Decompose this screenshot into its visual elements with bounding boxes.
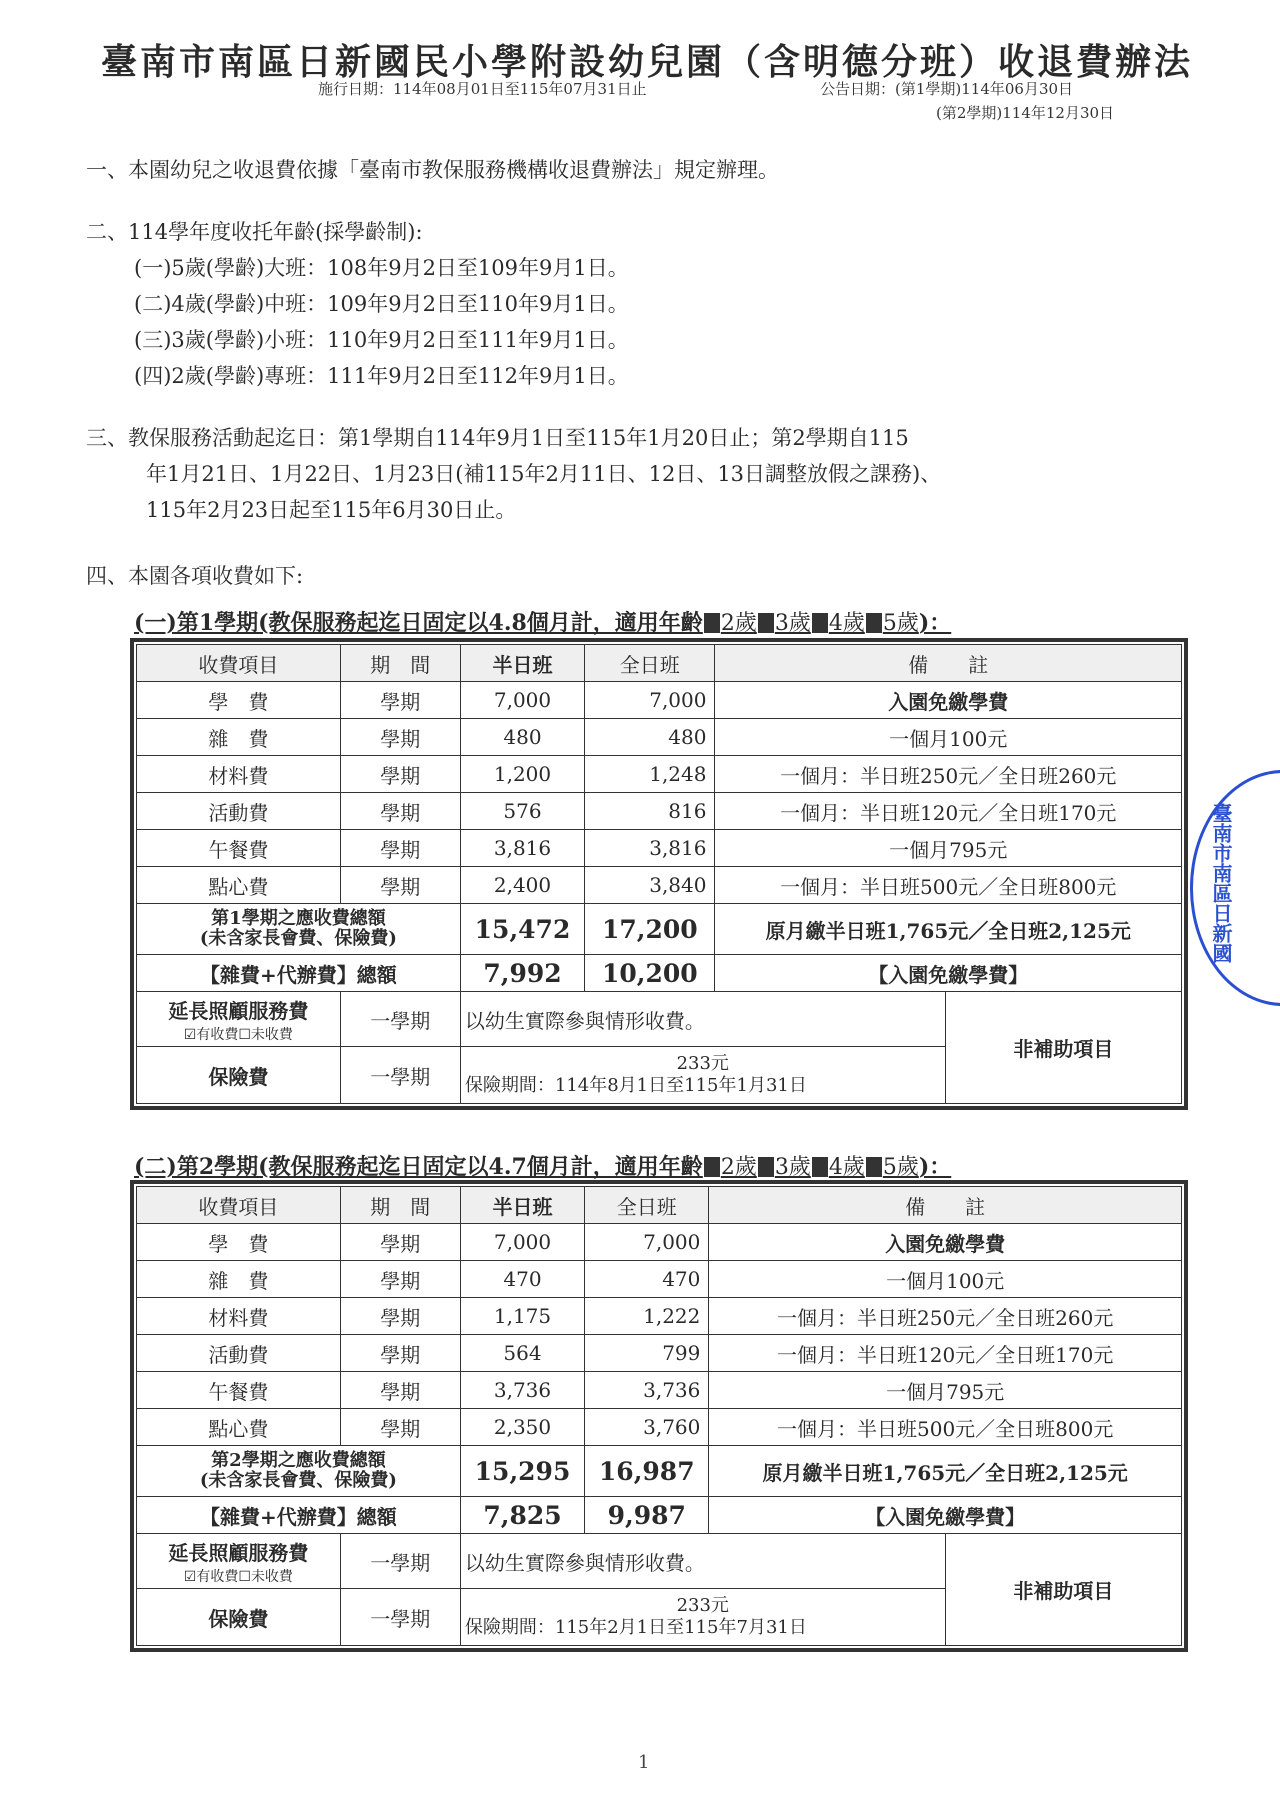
fee-period: 學期 (340, 1298, 460, 1335)
col-header: 期 間 (340, 1187, 460, 1224)
table-row: 午餐費 學期 3,736 3,736 一個月795元 (137, 1372, 1182, 1409)
total-half-day: 15,472 (460, 904, 584, 955)
fee-period: 學期 (340, 1372, 460, 1409)
total-full-day: 16,987 (585, 1446, 709, 1497)
half-day-fee: 564 (460, 1335, 584, 1372)
term1-heading-end: )： (919, 610, 951, 636)
half-day-fee: 1,200 (460, 756, 584, 793)
extended-care-title: 延長照顧服務費 (168, 999, 308, 1023)
full-day-fee: 7,000 (585, 682, 715, 719)
term1-heading: (一)第1學期(教保服務起迄日固定以4.8個月計，適用年齡2歲3歲4歲5歲)： (134, 606, 951, 637)
table-row: 材料費 學期 1,175 1,222 一個月：半日班250元／全日班260元 (137, 1298, 1182, 1335)
fee-item: 雜 費 (137, 1261, 341, 1298)
misc-total-half-day: 7,825 (460, 1497, 584, 1534)
non-subsidy-label: 非補助項目 (945, 1534, 1181, 1646)
term2-heading-text: (二)第2學期(教保服務起迄日固定以4.7個月計，適用年齡 (134, 1154, 703, 1180)
fee-period: 學期 (340, 1335, 460, 1372)
extended-care-period: 一學期 (340, 992, 460, 1047)
section-three-line: 三、教保服務活動起迄日：第1學期自114年9月1日至115年1月20日止；第2學… (86, 420, 1206, 456)
insurance-amount: 233元 (461, 1595, 945, 1617)
insurance-period: 一學期 (340, 1047, 460, 1104)
extended-care-label: 延長照顧服務費 ☑有收費☐未收費 (137, 992, 341, 1047)
section-four: 四、本園各項收費如下: (86, 558, 303, 594)
age-label: 3歲 (775, 1155, 811, 1180)
fee-note: 入園免繳學費 (715, 682, 1182, 719)
total-row: 第2學期之應收費總額 (未含家長會費、保險費) 15,295 16,987 原月… (137, 1446, 1182, 1497)
full-day-fee: 470 (585, 1261, 709, 1298)
half-day-fee: 7,000 (460, 1224, 584, 1261)
col-header: 半日班 (460, 645, 584, 682)
misc-total-label: 【雜費+代辦費】總額 (137, 1497, 461, 1534)
fee-note: 一個月：半日班250元／全日班260元 (709, 1298, 1182, 1335)
col-header: 收費項目 (137, 645, 341, 682)
table-row: 點心費 學期 2,350 3,760 一個月：半日班500元／全日班800元 (137, 1409, 1182, 1446)
misc-total-note: 【入園免繳學費】 (715, 955, 1182, 992)
age-item: (二)4歲(學齡)中班：109年9月2日至110年9月1日。 (134, 286, 629, 322)
fee-note: 一個月：半日班500元／全日班800元 (709, 1409, 1182, 1446)
term1-heading-text: (一)第1學期(教保服務起迄日固定以4.8個月計，適用年齡 (134, 610, 703, 636)
extended-care-note: 以幼生實際參與情形收費。 (460, 1534, 945, 1589)
fee-note: 一個月100元 (715, 719, 1182, 756)
age-label: 3歲 (775, 611, 811, 636)
announce-date-term2: (第2學期)114年12月30日 (936, 102, 1114, 123)
fee-period: 學期 (340, 719, 460, 756)
misc-total-half-day: 7,992 (460, 955, 584, 992)
fee-item: 學 費 (137, 682, 341, 719)
total-half-day: 15,295 (460, 1446, 584, 1497)
age-item: (四)2歲(學齡)專班：111年9月2日至112年9月1日。 (134, 358, 629, 394)
fee-item: 點心費 (137, 1409, 341, 1446)
fee-note: 一個月：半日班500元／全日班800元 (715, 867, 1182, 904)
extended-care-row: 延長照顧服務費 ☑有收費☐未收費 一學期 以幼生實際參與情形收費。 非補助項目 (137, 1534, 1182, 1589)
extended-care-period: 一學期 (340, 1534, 460, 1589)
half-day-fee: 1,175 (460, 1298, 584, 1335)
misc-total-row: 【雜費+代辦費】總額 7,825 9,987 【入園免繳學費】 (137, 1497, 1182, 1534)
official-seal-stamp: 臺南市南區日新國 (1190, 770, 1280, 1006)
age-label: 2歲 (721, 1155, 757, 1180)
redacted-box (866, 1157, 882, 1177)
table-row: 雜 費 學期 480 480 一個月100元 (137, 719, 1182, 756)
age-label: 5歲 (883, 611, 919, 636)
table-row: 學 費 學期 7,000 7,000 入園免繳學費 (137, 682, 1182, 719)
full-day-fee: 799 (585, 1335, 709, 1372)
extended-care-title: 延長照顧服務費 (168, 1541, 308, 1565)
col-header: 全日班 (585, 645, 715, 682)
fee-note: 一個月：半日班120元／全日班170元 (709, 1335, 1182, 1372)
full-day-fee: 3,816 (585, 830, 715, 867)
fee-item: 材料費 (137, 756, 341, 793)
section-three-line: 年1月21日、1月22日、1月23日(補115年2月11日、12日、13日調整放… (146, 456, 1206, 492)
insurance-detail: 233元 保險期間：115年2月1日至115年7月31日 (460, 1589, 945, 1646)
fee-period: 學期 (340, 756, 460, 793)
table-row: 雜 費 學期 470 470 一個月100元 (137, 1261, 1182, 1298)
total-full-day: 17,200 (585, 904, 715, 955)
misc-total-label: 【雜費+代辦費】總額 (137, 955, 461, 992)
term2-heading-end: )： (919, 1154, 951, 1180)
table-row: 活動費 學期 564 799 一個月：半日班120元／全日班170元 (137, 1335, 1182, 1372)
fee-note: 一個月795元 (715, 830, 1182, 867)
half-day-fee: 2,400 (460, 867, 584, 904)
col-header: 全日班 (585, 1187, 709, 1224)
redacted-box (758, 1157, 774, 1177)
fee-item: 雜 費 (137, 719, 341, 756)
misc-total-note: 【入園免繳學費】 (709, 1497, 1182, 1534)
age-label: 4歲 (829, 611, 865, 636)
half-day-fee: 480 (460, 719, 584, 756)
section-two: 二、114學年度收托年齡(採學齡制): (一)5歲(學齡)大班：108年9月2日… (86, 214, 629, 394)
fee-note: 一個月：半日班120元／全日班170元 (715, 793, 1182, 830)
fee-item: 活動費 (137, 1335, 341, 1372)
seal-text: 臺南市南區日新國 (1207, 803, 1236, 963)
announce-date-term1: 公告日期：(第1學期)114年06月30日 (820, 78, 1073, 99)
effective-date: 施行日期：114年08月01日至115年07月31日止 (318, 78, 647, 99)
age-label: 2歲 (721, 611, 757, 636)
misc-total-row: 【雜費+代辦費】總額 7,992 10,200 【入園免繳學費】 (137, 955, 1182, 992)
section-three-line: 115年2月23日起至115年6月30日止。 (146, 492, 1206, 528)
age-item: (三)3歲(學齡)小班：110年9月2日至111年9月1日。 (134, 322, 629, 358)
section-three: 三、教保服務活動起迄日：第1學期自114年9月1日至115年1月20日止；第2學… (86, 420, 1206, 528)
total-label-line1: 第1學期之應收費總額 (211, 908, 386, 929)
insurance-period: 一學期 (340, 1589, 460, 1646)
col-header: 半日班 (460, 1187, 584, 1224)
half-day-fee: 576 (460, 793, 584, 830)
fee-note: 一個月100元 (709, 1261, 1182, 1298)
misc-total-full-day: 9,987 (585, 1497, 709, 1534)
extended-care-label: 延長照顧服務費 ☑有收費☐未收費 (137, 1534, 341, 1589)
fee-period: 學期 (340, 1409, 460, 1446)
table-header-row: 收費項目 期 間 半日班 全日班 備 註 (137, 1187, 1182, 1224)
fee-period: 學期 (340, 1224, 460, 1261)
fee-item: 學 費 (137, 1224, 341, 1261)
redacted-box (866, 613, 882, 633)
extended-care-row: 延長照顧服務費 ☑有收費☐未收費 一學期 以幼生實際參與情形收費。 非補助項目 (137, 992, 1182, 1047)
term2-fee-table: 收費項目 期 間 半日班 全日班 備 註 學 費 學期 7,000 7,000 … (130, 1180, 1188, 1652)
age-label: 5歲 (883, 1155, 919, 1180)
table-row: 點心費 學期 2,400 3,840 一個月：半日班500元／全日班800元 (137, 867, 1182, 904)
document-page: 臺南市南區日新國民小學附設幼兒園（含明德分班）收退費辦法 施行日期：114年08… (0, 0, 1280, 1810)
checkbox-not-charged: ☐未收費 (238, 1027, 293, 1043)
fee-period: 學期 (340, 682, 460, 719)
total-note: 原月繳半日班1,765元／全日班2,125元 (715, 904, 1182, 955)
fee-item: 午餐費 (137, 830, 341, 867)
half-day-fee: 7,000 (460, 682, 584, 719)
insurance-detail: 233元 保險期間：114年8月1日至115年1月31日 (460, 1047, 945, 1104)
term2-heading: (二)第2學期(教保服務起迄日固定以4.7個月計，適用年齡2歲3歲4歲5歲)： (134, 1150, 951, 1181)
half-day-fee: 470 (460, 1261, 584, 1298)
table-row: 學 費 學期 7,000 7,000 入園免繳學費 (137, 1224, 1182, 1261)
age-label: 4歲 (829, 1155, 865, 1180)
insurance-range: 保險期間：115年2月1日至115年7月31日 (461, 1617, 945, 1639)
table-row: 午餐費 學期 3,816 3,816 一個月795元 (137, 830, 1182, 867)
total-label-line2: (未含家長會費、保險費) (200, 1470, 397, 1491)
redacted-box (812, 613, 828, 633)
full-day-fee: 3,760 (585, 1409, 709, 1446)
total-row: 第1學期之應收費總額 (未含家長會費、保險費) 15,472 17,200 原月… (137, 904, 1182, 955)
fee-period: 學期 (340, 830, 460, 867)
insurance-range: 保險期間：114年8月1日至115年1月31日 (461, 1075, 945, 1097)
redacted-box (704, 613, 720, 633)
redacted-box (758, 613, 774, 633)
fee-item: 午餐費 (137, 1372, 341, 1409)
fee-note: 一個月：半日班250元／全日班260元 (715, 756, 1182, 793)
page-number: 1 (638, 1752, 649, 1773)
total-label: 第2學期之應收費總額 (未含家長會費、保險費) (137, 1446, 461, 1497)
col-header: 備 註 (709, 1187, 1182, 1224)
non-subsidy-label: 非補助項目 (945, 992, 1181, 1104)
fee-note: 入園免繳學費 (709, 1224, 1182, 1261)
checkbox-charged: ☑有收費 (184, 1027, 239, 1043)
table-row: 活動費 學期 576 816 一個月：半日班120元／全日班170元 (137, 793, 1182, 830)
section-one: 一、本園幼兒之收退費依據「臺南市教保服務機構收退費辦法」規定辦理。 (86, 152, 779, 188)
table-row: 材料費 學期 1,200 1,248 一個月：半日班250元／全日班260元 (137, 756, 1182, 793)
total-note: 原月繳半日班1,765元／全日班2,125元 (709, 1446, 1182, 1497)
checkbox-not-charged: ☐未收費 (238, 1569, 293, 1585)
insurance-amount: 233元 (461, 1053, 945, 1075)
fee-item: 點心費 (137, 867, 341, 904)
redacted-box (812, 1157, 828, 1177)
half-day-fee: 3,736 (460, 1372, 584, 1409)
col-header: 收費項目 (137, 1187, 341, 1224)
full-day-fee: 1,248 (585, 756, 715, 793)
col-header: 期 間 (340, 645, 460, 682)
checkbox-charged: ☑有收費 (184, 1569, 239, 1585)
section-two-title: 二、114學年度收托年齡(採學齡制): (86, 214, 629, 250)
col-header: 備 註 (715, 645, 1182, 682)
full-day-fee: 3,840 (585, 867, 715, 904)
insurance-label: 保險費 (137, 1589, 341, 1646)
full-day-fee: 1,222 (585, 1298, 709, 1335)
full-day-fee: 480 (585, 719, 715, 756)
total-label-line2: (未含家長會費、保險費) (200, 928, 397, 949)
half-day-fee: 3,816 (460, 830, 584, 867)
full-day-fee: 3,736 (585, 1372, 709, 1409)
fee-period: 學期 (340, 793, 460, 830)
term1-fee-table: 收費項目 期 間 半日班 全日班 備 註 學 費 學期 7,000 7,000 … (130, 638, 1188, 1110)
misc-total-full-day: 10,200 (585, 955, 715, 992)
insurance-label: 保險費 (137, 1047, 341, 1104)
redacted-box (704, 1157, 720, 1177)
fee-period: 學期 (340, 1261, 460, 1298)
fee-item: 活動費 (137, 793, 341, 830)
age-item: (一)5歲(學齡)大班：108年9月2日至109年9月1日。 (134, 250, 629, 286)
half-day-fee: 2,350 (460, 1409, 584, 1446)
full-day-fee: 7,000 (585, 1224, 709, 1261)
fee-note: 一個月795元 (709, 1372, 1182, 1409)
full-day-fee: 816 (585, 793, 715, 830)
total-label: 第1學期之應收費總額 (未含家長會費、保險費) (137, 904, 461, 955)
fee-period: 學期 (340, 867, 460, 904)
extended-care-note: 以幼生實際參與情形收費。 (460, 992, 945, 1047)
table-header-row: 收費項目 期 間 半日班 全日班 備 註 (137, 645, 1182, 682)
fee-item: 材料費 (137, 1298, 341, 1335)
total-label-line1: 第2學期之應收費總額 (211, 1450, 386, 1471)
